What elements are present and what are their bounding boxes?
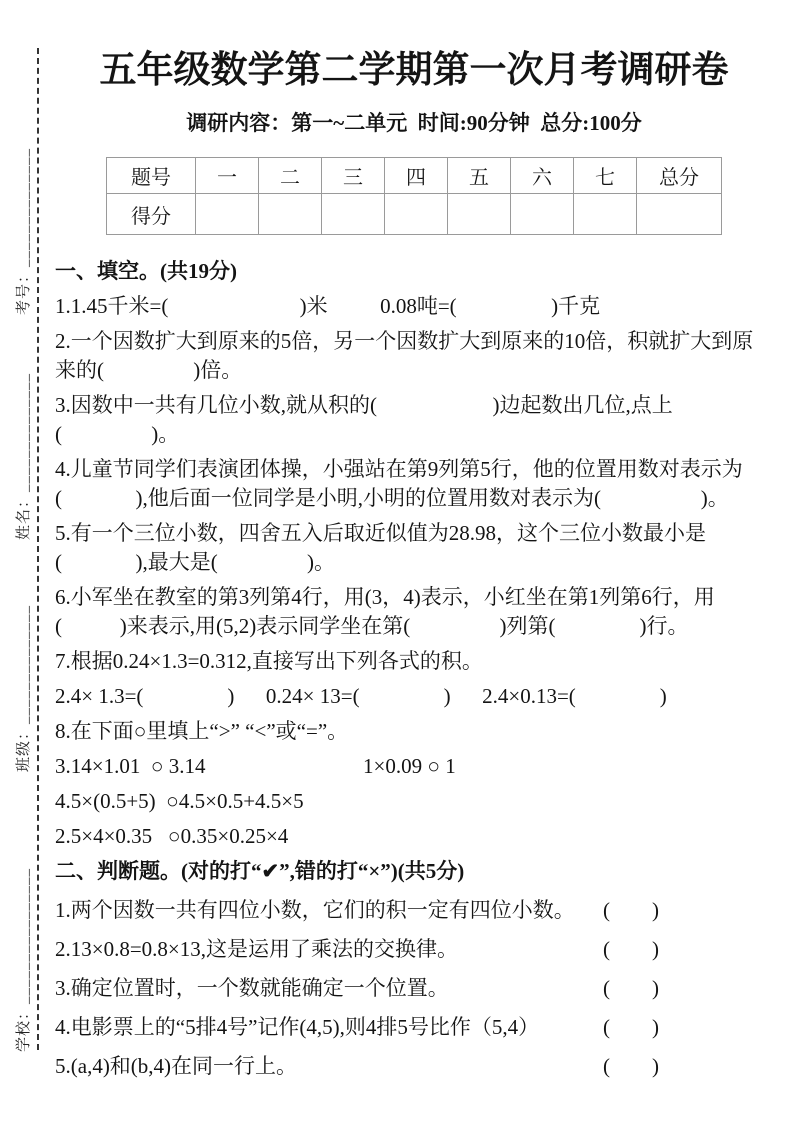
score-table-header-cell: 题号 (107, 158, 196, 194)
judgement-item: 4.电影票上的“5排4号”记作(4,5),则4排5号比作（5,4） ( ) (55, 1013, 659, 1042)
question-line: 1.1.45千米=( )米 0.08吨=( )千克 (55, 292, 773, 321)
question-line: 4.儿童节同学们表演团体操，小强站在第9列第5行，他的位置用数对表示为 (55, 455, 773, 484)
score-cell (637, 194, 722, 235)
question-line: 4.5×(0.5+5) ○4.5×0.5+4.5×5 (55, 787, 773, 816)
question-line: 8.在下面○里填上“>” “<”或“=”。 (55, 717, 773, 746)
section-judgement-heading: 二、判断题。(对的打“✔”,错的打“×”)(共5分) (55, 857, 773, 886)
answer-bracket: ( ) (603, 1013, 659, 1042)
score-cell (385, 194, 448, 235)
content: 五年级数学第二学期第一次月考调研卷 调研内容：第一~二单元 时间:90分钟 总分… (55, 0, 773, 1081)
student-info-field: 考号：______________ (12, 115, 33, 315)
answer-bracket: ( ) (603, 974, 659, 1003)
score-table-header-cell: 四 (385, 158, 448, 194)
student-info-field: 姓名：______________ (12, 340, 33, 540)
fold-line (37, 48, 39, 1050)
question-line: 来的( )倍。 (55, 356, 773, 385)
score-cell (322, 194, 385, 235)
question-line: 7.根据0.24×1.3=0.312,直接写出下列各式的积。 (55, 647, 773, 676)
judgement-text: 2.13×0.8=0.8×13,这是运用了乘法的交换律。 (55, 935, 458, 964)
score-cell (448, 194, 511, 235)
student-info-field: 班级：______________ (12, 572, 33, 772)
section-fill-in-blanks: 一、填空。(共19分) 1.1.45千米=( )米 0.08吨=( )千克 2.… (55, 257, 773, 851)
score-cell (196, 194, 259, 235)
score-table-header-cell: 六 (511, 158, 574, 194)
score-table-header-row: 题号 一 二 三 四 五 六 七 (107, 158, 722, 194)
question-line: 2.4× 1.3=( ) 0.24× 13=( ) 2.4×0.13=( ) (55, 682, 773, 711)
question-line: 一、填空。(共19分) (55, 257, 773, 286)
score-table-header-cell: 二 (259, 158, 322, 194)
score-table-header-cell: 三 (322, 158, 385, 194)
student-info-field: 学校：________________ (12, 852, 33, 1052)
question-line: 5.有一个三位小数，四舍五入后取近似值为28.98，这个三位小数最小是 (55, 519, 773, 548)
score-table-score-row: 得分 (107, 194, 722, 235)
question-line: 2.5×4×0.35 ○0.35×0.25×4 (55, 822, 773, 851)
judgement-text: 5.(a,4)和(b,4)在同一行上。 (55, 1052, 297, 1081)
judgement-item: 3.确定位置时，一个数就能确定一个位置。 ( ) (55, 974, 659, 1003)
question-line: ( ),他后面一位同学是小明,小明的位置用数对表示为( )。 (55, 484, 773, 513)
judgement-text: 3.确定位置时，一个数就能确定一个位置。 (55, 974, 449, 1003)
judgement-text: 1.两个因数一共有四位小数，它们的积一定有四位小数。 (55, 896, 575, 925)
section-judgement: 1.两个因数一共有四位小数，它们的积一定有四位小数。 ( ) 2.13×0.8=… (55, 896, 773, 1081)
exam-info-line: 调研内容：第一~二单元 时间:90分钟 总分:100分 (55, 110, 773, 137)
question-line: 6.小军坐在教室的第3列第4行，用(3，4)表示，小红坐在第1列第6行，用 (55, 583, 773, 612)
score-table-header-cell: 一 (196, 158, 259, 194)
score-table: 题号 一 二 三 四 五 六 七 (106, 157, 722, 235)
question-line: 3.14×1.01 ○ 3.14 1×0.09 ○ 1 (55, 752, 773, 781)
score-cell (511, 194, 574, 235)
exam-paper: 考号：______________ 姓名：______________ 班级：_… (0, 0, 793, 1122)
question-line: ( )。 (55, 420, 773, 449)
judgement-text: 4.电影票上的“5排4号”记作(4,5),则4排5号比作（5,4） (55, 1013, 539, 1042)
score-cell (574, 194, 637, 235)
score-cell (259, 194, 322, 235)
answer-bracket: ( ) (603, 1052, 659, 1081)
score-table-header-cell: 五 (448, 158, 511, 194)
answer-bracket: ( ) (603, 935, 659, 964)
page-title: 五年级数学第二学期第一次月考调研卷 (55, 46, 773, 96)
score-table-row-label: 得分 (107, 194, 196, 235)
question-line: ( )来表示,用(5,2)表示同学坐在第( )列第( )行。 (55, 612, 773, 641)
answer-bracket: ( ) (603, 896, 659, 925)
question-line: 2.一个因数扩大到原来的5倍，另一个因数扩大到原来的10倍，积就扩大到原 (55, 327, 773, 356)
judgement-item: 5.(a,4)和(b,4)在同一行上。 ( ) (55, 1052, 659, 1081)
judgement-item: 2.13×0.8=0.8×13,这是运用了乘法的交换律。 ( ) (55, 935, 659, 964)
score-table-header-cell: 总分 (637, 158, 722, 194)
question-line: 3.因数中一共有几位小数,就从积的( )边起数出几位,点上 (55, 391, 773, 420)
judgement-item: 1.两个因数一共有四位小数，它们的积一定有四位小数。 ( ) (55, 896, 659, 925)
question-line: ( ),最大是( )。 (55, 548, 773, 577)
score-table-header-cell: 七 (574, 158, 637, 194)
